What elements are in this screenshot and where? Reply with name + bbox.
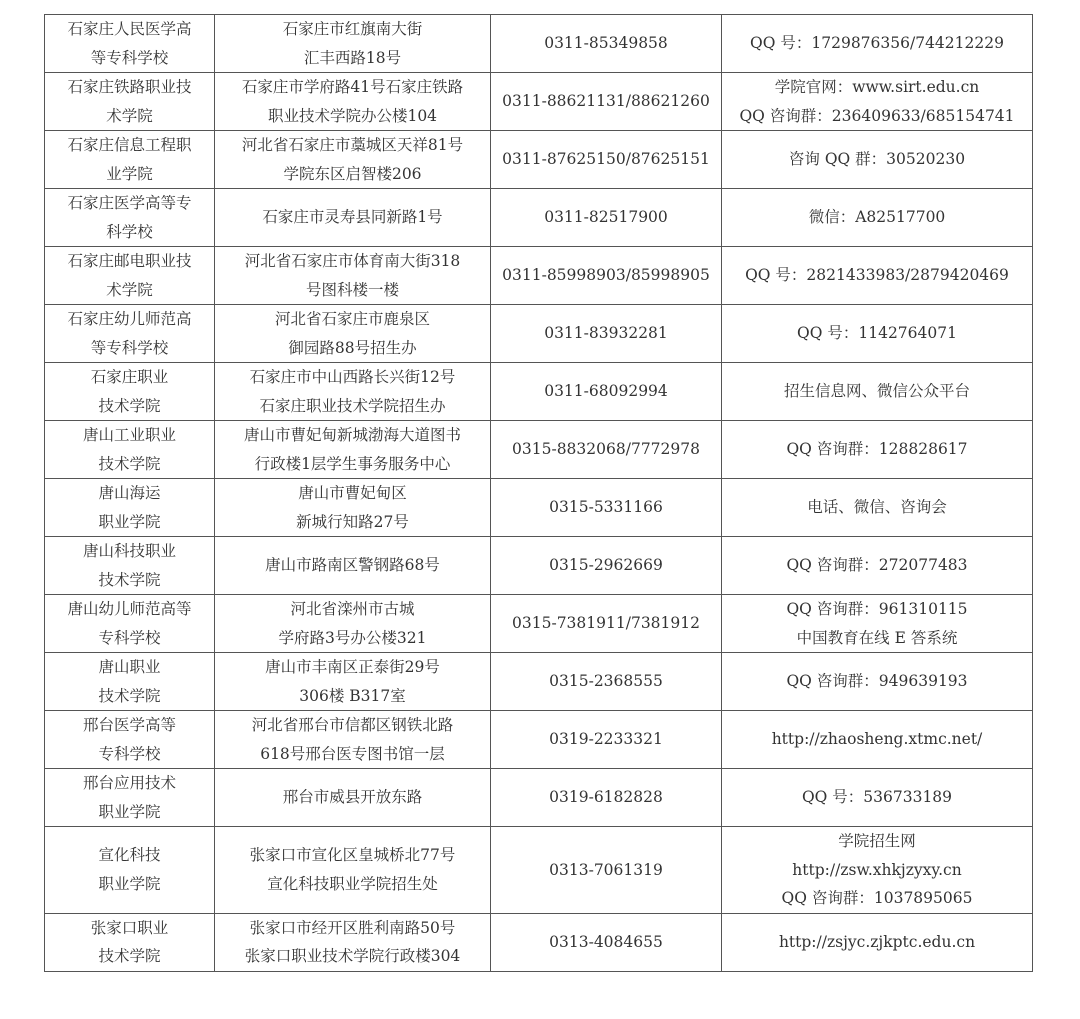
address-cell: 张家口市宣化区皇城桥北77号宣化科技职业学院招生处 xyxy=(215,827,491,914)
address-line: 河北省石家庄市体育南大街318 xyxy=(219,247,486,276)
college-name-line: 等专科学校 xyxy=(49,334,210,363)
contact-cell: QQ 咨询群：949639193 xyxy=(722,653,1033,711)
contact-line: QQ 号：1729876356/744212229 xyxy=(726,29,1028,58)
contact-cell[interactable]: http://zhaosheng.xtmc.net/ xyxy=(722,711,1033,769)
contact-line: QQ 咨询群：272077483 xyxy=(726,551,1028,580)
address-line: 唐山市丰南区正泰街29号 xyxy=(219,653,486,682)
phone-cell: 0313-7061319 xyxy=(491,827,722,914)
contact-line: QQ 咨询群：236409633/685154741 xyxy=(726,102,1028,131)
address-line: 河北省石家庄市藁城区天祥81号 xyxy=(219,131,486,160)
college-name-line: 石家庄信息工程职 xyxy=(49,131,210,160)
address-line: 汇丰西路18号 xyxy=(219,44,486,73)
address-line: 河北省滦州市古城 xyxy=(219,595,486,624)
table-row: 石家庄职业技术学院 石家庄市中山西路长兴街12号石家庄职业技术学院招生办 031… xyxy=(45,363,1033,421)
college-name-line: 唐山职业 xyxy=(49,653,210,682)
address-line: 学府路3号办公楼321 xyxy=(219,624,486,653)
phone-cell: 0315-2368555 xyxy=(491,653,722,711)
phone-cell: 0315-5331166 xyxy=(491,479,722,537)
college-name-line: 术学院 xyxy=(49,102,210,131)
address-line: 行政楼1层学生事务服务中心 xyxy=(219,450,486,479)
address-line: 河北省石家庄市鹿泉区 xyxy=(219,305,486,334)
table-row: 宣化科技职业学院 张家口市宣化区皇城桥北77号宣化科技职业学院招生处 0313-… xyxy=(45,827,1033,914)
college-name-line: 专科学校 xyxy=(49,740,210,769)
admissions-website-link[interactable]: http://zsjyc.zjkptc.edu.cn xyxy=(726,928,1028,957)
table-row: 石家庄医学高等专科学校 石家庄市灵寿县同新路1号 0311-82517900 微… xyxy=(45,189,1033,247)
address-line: 石家庄市学府路41号石家庄铁路 xyxy=(219,73,486,102)
contact-cell: 招生信息网、微信公众平台 xyxy=(722,363,1033,421)
contact-line: QQ 号：536733189 xyxy=(726,783,1028,812)
address-line: 宣化科技职业学院招生处 xyxy=(219,870,486,899)
address-cell: 唐山市路南区警钢路68号 xyxy=(215,537,491,595)
college-name-cell: 唐山职业技术学院 xyxy=(45,653,215,711)
phone-number: 0311-85349858 xyxy=(495,29,717,58)
college-name-cell: 邢台医学高等专科学校 xyxy=(45,711,215,769)
college-name-line: 术学院 xyxy=(49,276,210,305)
college-name-line: 科学校 xyxy=(49,218,210,247)
phone-number: 0315-8832068/7772978 xyxy=(495,435,717,464)
college-name-line: 职业学院 xyxy=(49,508,210,537)
college-name-line: 石家庄人民医学高 xyxy=(49,15,210,44)
table-row: 石家庄铁路职业技术学院 石家庄市学府路41号石家庄铁路职业技术学院办公楼104 … xyxy=(45,73,1033,131)
college-name-cell: 石家庄职业技术学院 xyxy=(45,363,215,421)
phone-number: 0311-87625150/87625151 xyxy=(495,145,717,174)
address-cell: 河北省邢台市信都区钢铁北路618号邢台医专图书馆一层 xyxy=(215,711,491,769)
contact-cell: 咨询 QQ 群：30520230 xyxy=(722,131,1033,189)
contact-line: QQ 咨询群：1037895065 xyxy=(726,884,1028,913)
phone-cell: 0311-85998903/85998905 xyxy=(491,247,722,305)
table-body: 石家庄人民医学高等专科学校 石家庄市红旗南大街汇丰西路18号 0311-8534… xyxy=(45,15,1033,972)
address-cell: 唐山市丰南区正泰街29号306楼 B317室 xyxy=(215,653,491,711)
contact-cell: 学院招生网http://zsw.xhkjzyxy.cnQQ 咨询群：103789… xyxy=(722,827,1033,914)
contact-cell: QQ 号：536733189 xyxy=(722,769,1033,827)
admissions-website-link[interactable]: http://zhaosheng.xtmc.net/ xyxy=(726,725,1028,754)
address-line: 石家庄市红旗南大街 xyxy=(219,15,486,44)
address-cell: 邢台市威县开放东路 xyxy=(215,769,491,827)
college-name-line: 唐山海运 xyxy=(49,479,210,508)
address-line: 邢台市威县开放东路 xyxy=(219,783,486,812)
address-line: 学院东区启智楼206 xyxy=(219,160,486,189)
address-cell: 石家庄市中山西路长兴街12号石家庄职业技术学院招生办 xyxy=(215,363,491,421)
contact-cell: 电话、微信、咨询会 xyxy=(722,479,1033,537)
phone-cell: 0315-7381911/7381912 xyxy=(491,595,722,653)
contact-line: 学院招生网 xyxy=(726,827,1028,856)
address-cell: 石家庄市红旗南大街汇丰西路18号 xyxy=(215,15,491,73)
college-name-line: 专科学校 xyxy=(49,624,210,653)
contact-line: QQ 号：2821433983/2879420469 xyxy=(726,261,1028,290)
phone-number: 0311-85998903/85998905 xyxy=(495,261,717,290)
address-line: 张家口市宣化区皇城桥北77号 xyxy=(219,841,486,870)
phone-cell: 0311-83932281 xyxy=(491,305,722,363)
college-name-cell: 石家庄邮电职业技术学院 xyxy=(45,247,215,305)
contact-cell: QQ 号：1729876356/744212229 xyxy=(722,15,1033,73)
contact-line: 招生信息网、微信公众平台 xyxy=(726,377,1028,406)
college-name-line: 技术学院 xyxy=(49,392,210,421)
phone-cell: 0311-85349858 xyxy=(491,15,722,73)
phone-cell: 0313-4084655 xyxy=(491,913,722,971)
college-name-line: 唐山工业职业 xyxy=(49,421,210,450)
contact-line: 电话、微信、咨询会 xyxy=(726,493,1028,522)
address-line: 职业技术学院办公楼104 xyxy=(219,102,486,131)
phone-number: 0311-82517900 xyxy=(495,203,717,232)
college-name-cell: 宣化科技职业学院 xyxy=(45,827,215,914)
college-name-cell: 石家庄铁路职业技术学院 xyxy=(45,73,215,131)
contact-cell: QQ 咨询群：272077483 xyxy=(722,537,1033,595)
address-line: 张家口职业技术学院行政楼304 xyxy=(219,942,486,971)
address-line: 张家口市经开区胜利南路50号 xyxy=(219,914,486,943)
table-row: 唐山科技职业技术学院 唐山市路南区警钢路68号 0315-2962669 QQ … xyxy=(45,537,1033,595)
table-row: 邢台医学高等专科学校 河北省邢台市信都区钢铁北路618号邢台医专图书馆一层 03… xyxy=(45,711,1033,769)
phone-cell: 0315-8832068/7772978 xyxy=(491,421,722,479)
contact-cell: 学院官网：www.sirt.edu.cnQQ 咨询群：236409633/685… xyxy=(722,73,1033,131)
college-name-line: 职业学院 xyxy=(49,870,210,899)
address-cell: 河北省滦州市古城学府路3号办公楼321 xyxy=(215,595,491,653)
address-cell: 石家庄市学府路41号石家庄铁路职业技术学院办公楼104 xyxy=(215,73,491,131)
phone-cell: 0319-6182828 xyxy=(491,769,722,827)
phone-number: 0315-2368555 xyxy=(495,667,717,696)
table-row: 石家庄信息工程职业学院 河北省石家庄市藁城区天祥81号学院东区启智楼206 03… xyxy=(45,131,1033,189)
address-line: 号图科楼一楼 xyxy=(219,276,486,305)
phone-number: 0311-83932281 xyxy=(495,319,717,348)
college-name-line: 宣化科技 xyxy=(49,841,210,870)
phone-number: 0315-7381911/7381912 xyxy=(495,609,717,638)
phone-number: 0311-88621131/88621260 xyxy=(495,87,717,116)
phone-number: 0313-4084655 xyxy=(495,928,717,957)
college-name-cell: 邢台应用技术职业学院 xyxy=(45,769,215,827)
phone-number: 0315-5331166 xyxy=(495,493,717,522)
contact-line: 微信：A82517700 xyxy=(726,203,1028,232)
college-name-line: 技术学院 xyxy=(49,942,210,971)
contact-line: QQ 号：1142764071 xyxy=(726,319,1028,348)
college-contact-table: 石家庄人民医学高等专科学校 石家庄市红旗南大街汇丰西路18号 0311-8534… xyxy=(44,14,1033,972)
college-name-line: 业学院 xyxy=(49,160,210,189)
table-row: 石家庄人民医学高等专科学校 石家庄市红旗南大街汇丰西路18号 0311-8534… xyxy=(45,15,1033,73)
address-line: 石家庄职业技术学院招生办 xyxy=(219,392,486,421)
address-line: 唐山市曹妃甸新城渤海大道图书 xyxy=(219,421,486,450)
contact-cell: QQ 咨询群：961310115中国教育在线 E 答系统 xyxy=(722,595,1033,653)
address-cell: 唐山市曹妃甸新城渤海大道图书行政楼1层学生事务服务中心 xyxy=(215,421,491,479)
contact-cell: 微信：A82517700 xyxy=(722,189,1033,247)
college-name-line: 石家庄职业 xyxy=(49,363,210,392)
college-name-line: 石家庄幼儿师范高 xyxy=(49,305,210,334)
college-name-cell: 唐山工业职业技术学院 xyxy=(45,421,215,479)
college-name-line: 石家庄铁路职业技 xyxy=(49,73,210,102)
address-cell: 河北省石家庄市体育南大街318号图科楼一楼 xyxy=(215,247,491,305)
college-name-cell: 石家庄幼儿师范高等专科学校 xyxy=(45,305,215,363)
table-row: 张家口职业技术学院 张家口市经开区胜利南路50号张家口职业技术学院行政楼304 … xyxy=(45,913,1033,971)
college-name-line: 职业学院 xyxy=(49,798,210,827)
contact-cell: QQ 咨询群：128828617 xyxy=(722,421,1033,479)
table-row: 唐山海运职业学院 唐山市曹妃甸区新城行知路27号 0315-5331166 电话… xyxy=(45,479,1033,537)
address-line: 石家庄市中山西路长兴街12号 xyxy=(219,363,486,392)
contact-cell: QQ 号：1142764071 xyxy=(722,305,1033,363)
phone-number: 0311-68092994 xyxy=(495,377,717,406)
college-name-cell: 石家庄医学高等专科学校 xyxy=(45,189,215,247)
college-name-line: 技术学院 xyxy=(49,682,210,711)
college-name-cell: 唐山海运职业学院 xyxy=(45,479,215,537)
college-name-line: 邢台医学高等 xyxy=(49,711,210,740)
college-name-cell: 石家庄信息工程职业学院 xyxy=(45,131,215,189)
address-cell: 河北省石家庄市藁城区天祥81号学院东区启智楼206 xyxy=(215,131,491,189)
college-name-line: 石家庄邮电职业技 xyxy=(49,247,210,276)
contact-cell[interactable]: http://zsjyc.zjkptc.edu.cn xyxy=(722,913,1033,971)
admissions-website-link[interactable]: http://zsw.xhkjzyxy.cn xyxy=(726,856,1028,885)
phone-number: 0319-6182828 xyxy=(495,783,717,812)
college-name-line: 技术学院 xyxy=(49,450,210,479)
college-name-line: 唐山科技职业 xyxy=(49,537,210,566)
college-name-line: 技术学院 xyxy=(49,566,210,595)
phone-cell: 0311-68092994 xyxy=(491,363,722,421)
address-cell: 唐山市曹妃甸区新城行知路27号 xyxy=(215,479,491,537)
address-line: 306楼 B317室 xyxy=(219,682,486,711)
address-line: 河北省邢台市信都区钢铁北路 xyxy=(219,711,486,740)
table-row: 唐山职业技术学院 唐山市丰南区正泰街29号306楼 B317室 0315-236… xyxy=(45,653,1033,711)
contact-line: QQ 咨询群：961310115 xyxy=(726,595,1028,624)
address-cell: 河北省石家庄市鹿泉区御园路88号招生办 xyxy=(215,305,491,363)
phone-number: 0315-2962669 xyxy=(495,551,717,580)
table-row: 邢台应用技术职业学院 邢台市威县开放东路 0319-6182828 QQ 号：5… xyxy=(45,769,1033,827)
address-line: 唐山市路南区警钢路68号 xyxy=(219,551,486,580)
college-name-cell: 唐山科技职业技术学院 xyxy=(45,537,215,595)
phone-cell: 0319-2233321 xyxy=(491,711,722,769)
college-name-cell: 石家庄人民医学高等专科学校 xyxy=(45,15,215,73)
table-row: 唐山幼儿师范高等专科学校 河北省滦州市古城学府路3号办公楼321 0315-73… xyxy=(45,595,1033,653)
phone-cell: 0311-88621131/88621260 xyxy=(491,73,722,131)
address-line: 石家庄市灵寿县同新路1号 xyxy=(219,203,486,232)
college-name-line: 邢台应用技术 xyxy=(49,769,210,798)
contact-line: QQ 咨询群：949639193 xyxy=(726,667,1028,696)
contact-cell: QQ 号：2821433983/2879420469 xyxy=(722,247,1033,305)
contact-line: 中国教育在线 E 答系统 xyxy=(726,624,1028,653)
table-row: 石家庄邮电职业技术学院 河北省石家庄市体育南大街318号图科楼一楼 0311-8… xyxy=(45,247,1033,305)
contact-line: QQ 咨询群：128828617 xyxy=(726,435,1028,464)
contact-line: 咨询 QQ 群：30520230 xyxy=(726,145,1028,174)
phone-cell: 0311-82517900 xyxy=(491,189,722,247)
college-name-line: 唐山幼儿师范高等 xyxy=(49,595,210,624)
contact-line: 学院官网：www.sirt.edu.cn xyxy=(726,73,1028,102)
college-name-line: 石家庄医学高等专 xyxy=(49,189,210,218)
college-name-line: 张家口职业 xyxy=(49,914,210,943)
table-row: 石家庄幼儿师范高等专科学校 河北省石家庄市鹿泉区御园路88号招生办 0311-8… xyxy=(45,305,1033,363)
college-name-cell: 张家口职业技术学院 xyxy=(45,913,215,971)
address-cell: 石家庄市灵寿县同新路1号 xyxy=(215,189,491,247)
table-row: 唐山工业职业技术学院 唐山市曹妃甸新城渤海大道图书行政楼1层学生事务服务中心 0… xyxy=(45,421,1033,479)
phone-cell: 0311-87625150/87625151 xyxy=(491,131,722,189)
phone-number: 0319-2233321 xyxy=(495,725,717,754)
phone-number: 0313-7061319 xyxy=(495,856,717,885)
address-line: 御园路88号招生办 xyxy=(219,334,486,363)
address-line: 新城行知路27号 xyxy=(219,508,486,537)
college-name-line: 等专科学校 xyxy=(49,44,210,73)
address-line: 618号邢台医专图书馆一层 xyxy=(219,740,486,769)
address-cell: 张家口市经开区胜利南路50号张家口职业技术学院行政楼304 xyxy=(215,913,491,971)
phone-cell: 0315-2962669 xyxy=(491,537,722,595)
address-line: 唐山市曹妃甸区 xyxy=(219,479,486,508)
college-name-cell: 唐山幼儿师范高等专科学校 xyxy=(45,595,215,653)
